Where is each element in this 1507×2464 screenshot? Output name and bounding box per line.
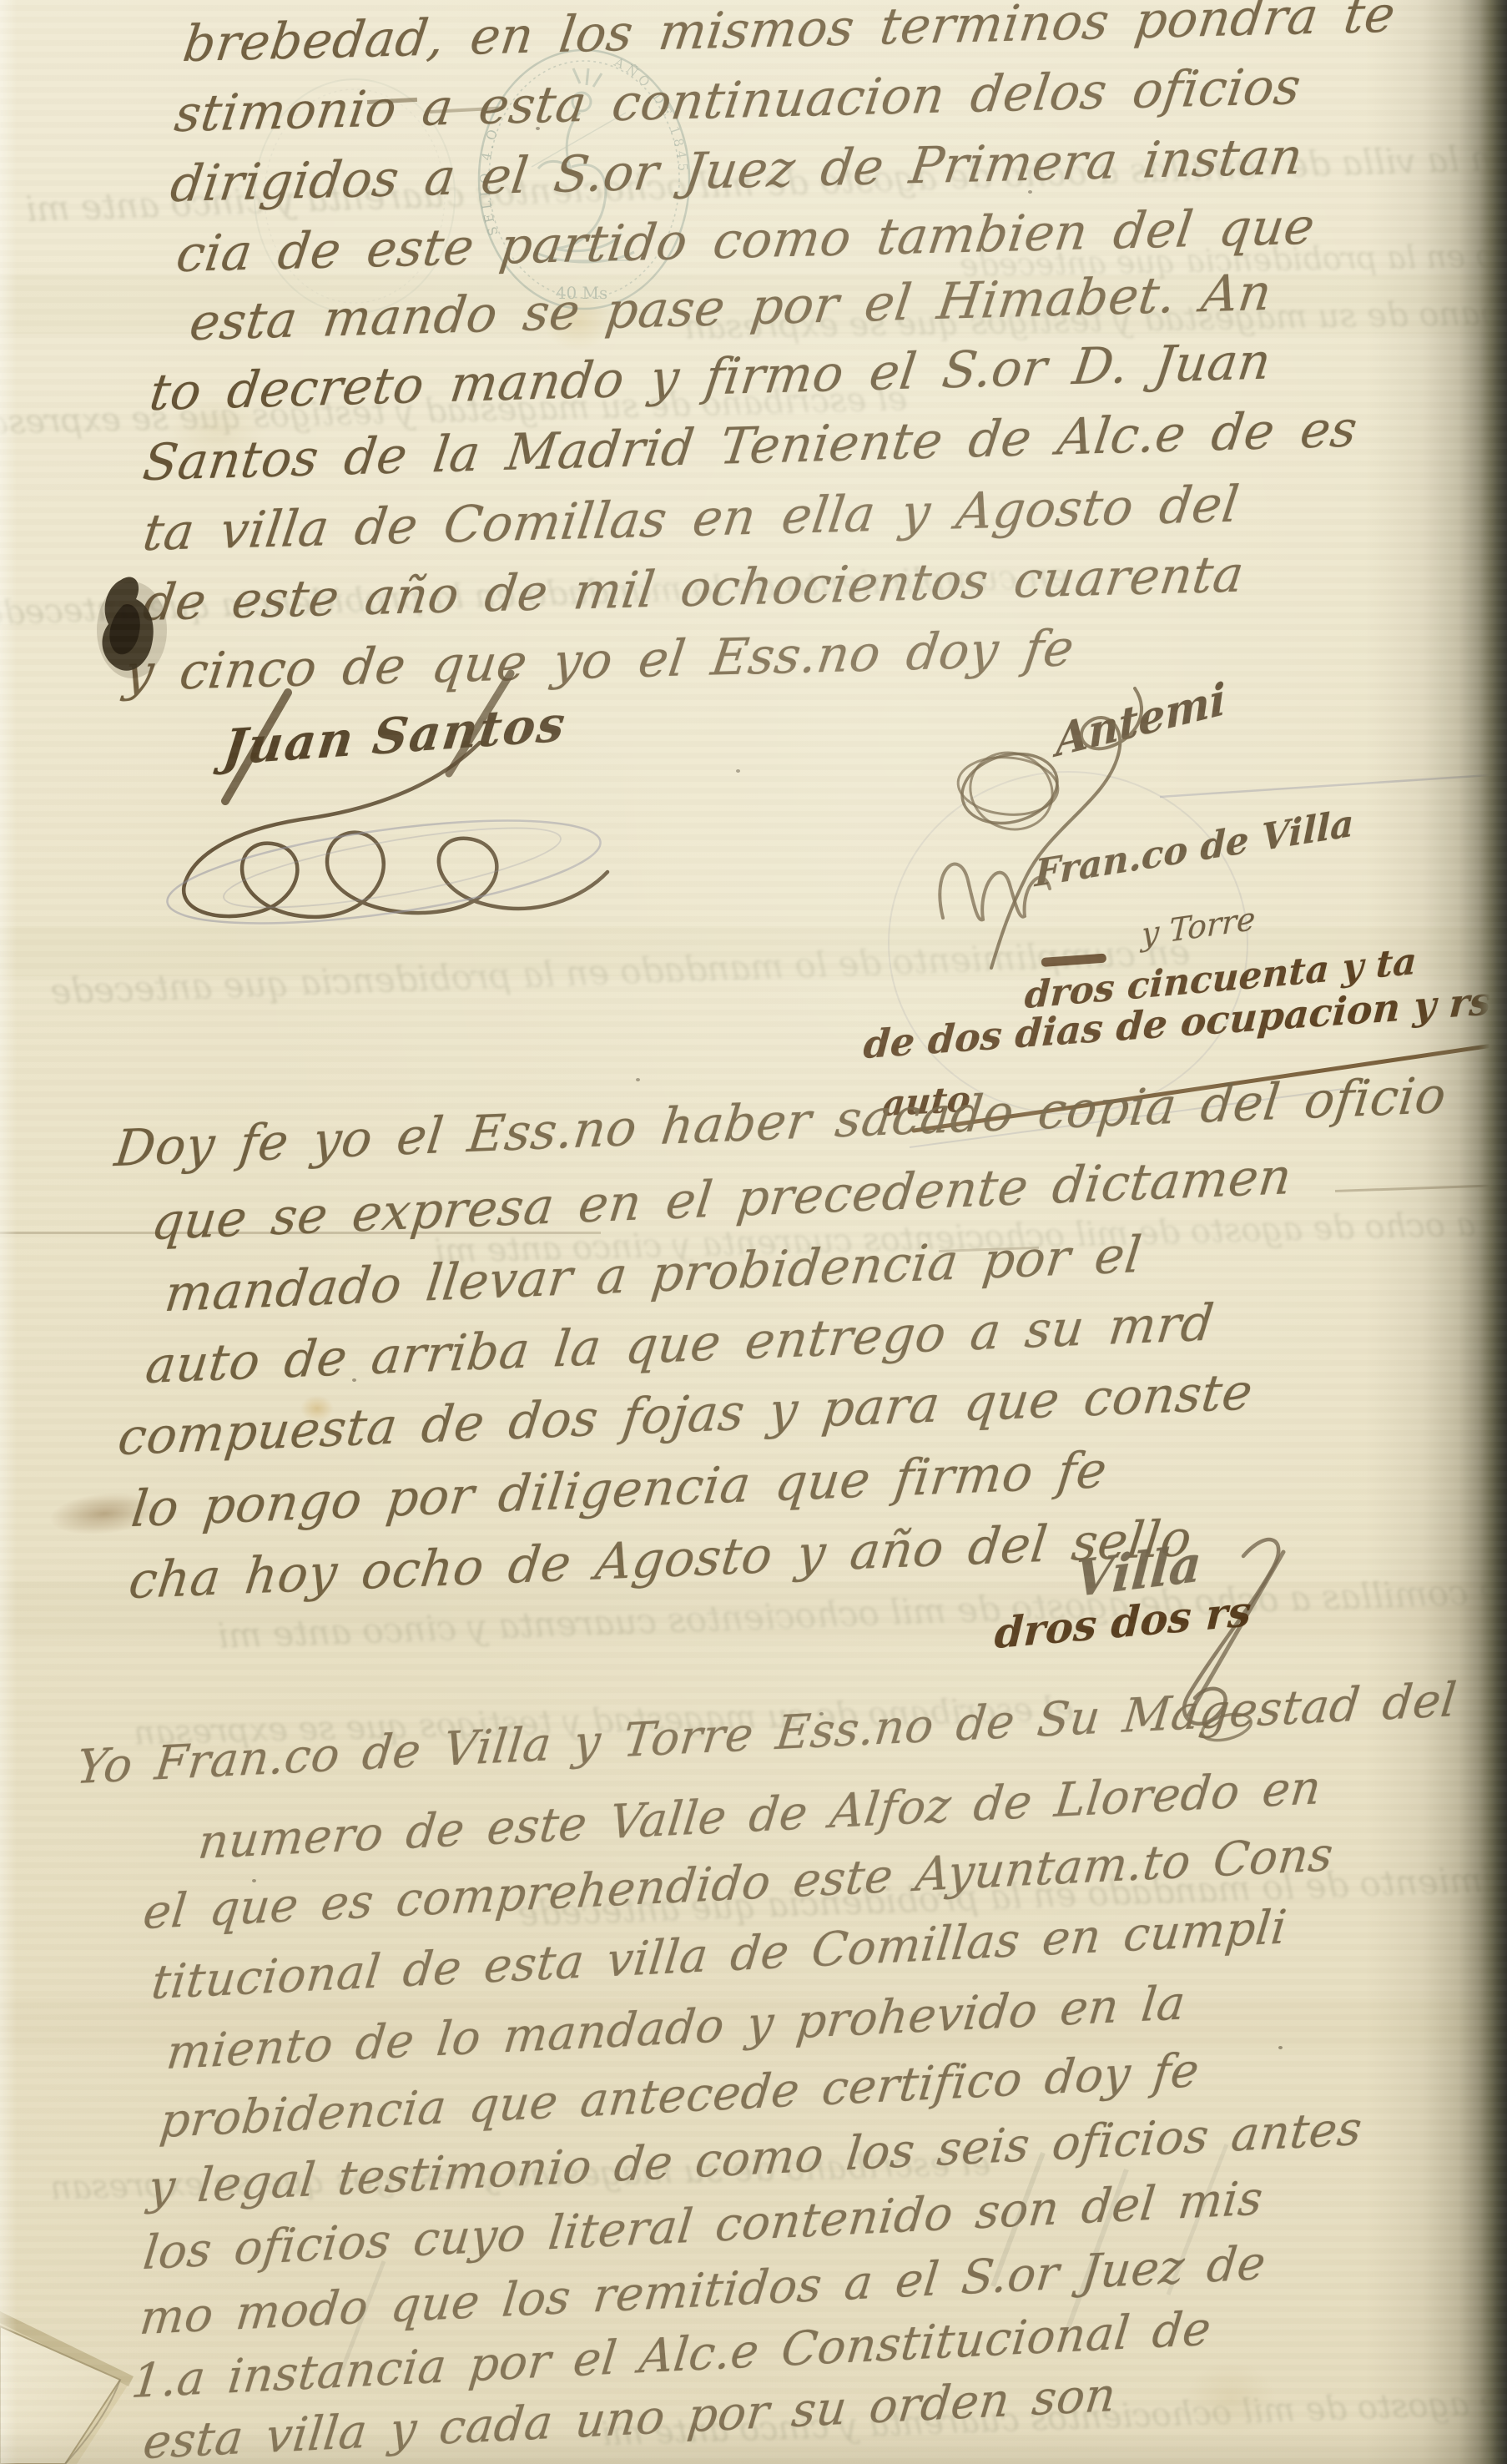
manuscript-page: en la villa de comillas a ocho de agosto… (0, 0, 1507, 2464)
notary-monogram (940, 864, 1050, 920)
bleedthrough-strokes (960, 2136, 1310, 2403)
folded-corner (0, 2286, 167, 2464)
ink-dash (1335, 1184, 1502, 1192)
juan-santos-rubric (117, 663, 651, 964)
paragraph1-line9: de este año de mil ochocientos cuarenta (139, 545, 1247, 632)
bleedthrough-strokes (317, 2253, 417, 2386)
paragraph1-line2: stimonio a esta continuacion delos ofici… (171, 58, 1304, 144)
pencil-line (1160, 774, 1502, 797)
page-gutter-shadow (1365, 0, 1507, 2464)
page-left-edge (0, 0, 17, 2464)
